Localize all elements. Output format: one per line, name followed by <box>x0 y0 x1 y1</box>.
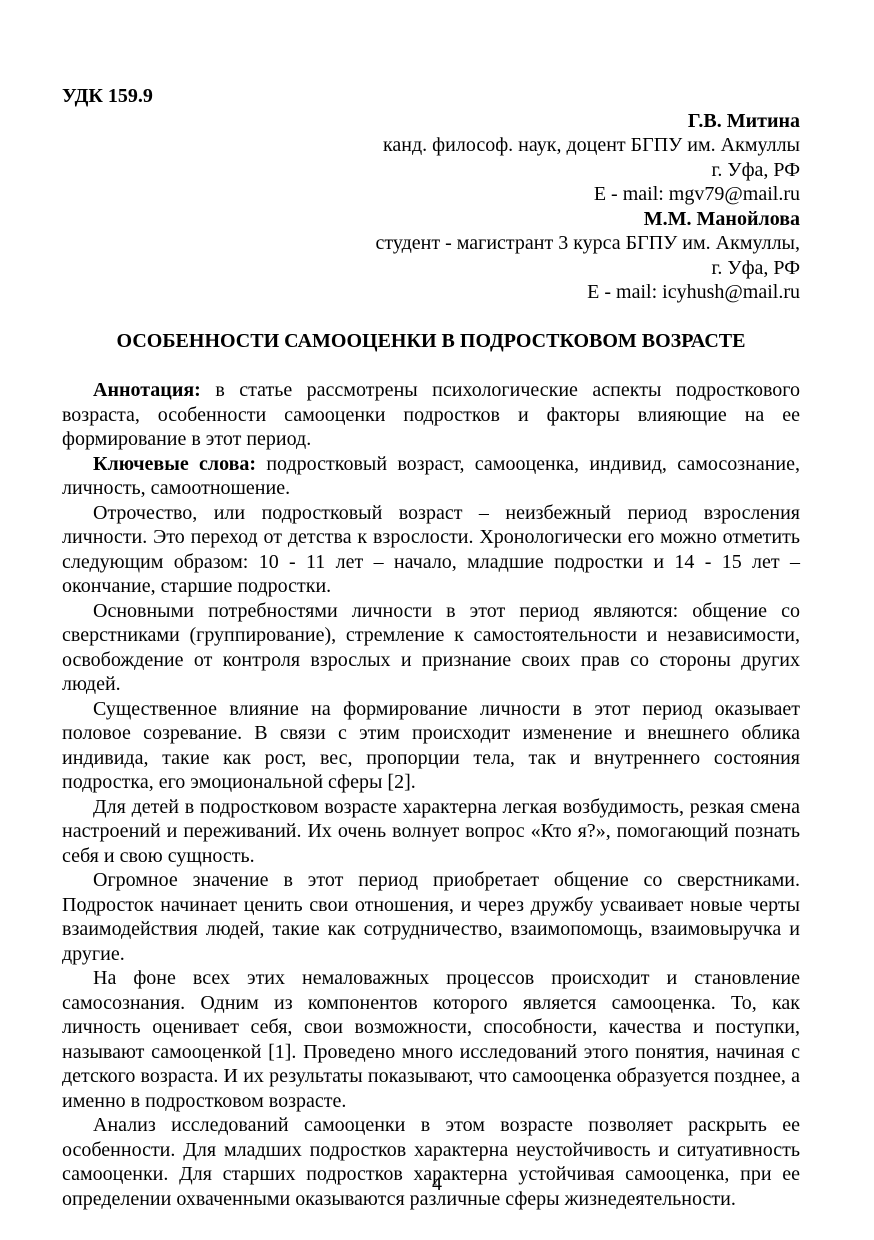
author-affiliation-line: студент - магистрант 3 курса БГПУ им. Ак… <box>62 231 800 256</box>
paragraph: Для детей в подростковом возрасте характ… <box>62 795 800 869</box>
author-name: Г.В. Митина <box>62 109 800 134</box>
keywords-label: Ключевые слова: <box>93 453 256 475</box>
page-number: 4 <box>0 1172 874 1197</box>
paragraph: Отрочество, или подростковый возраст – н… <box>62 501 800 599</box>
paragraph: На фоне всех этих немаловажных процессов… <box>62 966 800 1113</box>
keywords-paragraph: Ключевые слова: подростковый возраст, са… <box>62 452 800 501</box>
abstract-label: Аннотация: <box>93 379 201 401</box>
udc-code: УДК 159.9 <box>62 84 800 109</box>
paragraph: Огромное значение в этот период приобрет… <box>62 868 800 966</box>
body-paragraphs: Отрочество, или подростковый возраст – н… <box>62 501 800 1212</box>
author-affiliation-line: E - mail: icyhush@mail.ru <box>62 280 800 305</box>
author-block: Г.В. Митинаканд. философ. наук, доцент Б… <box>62 109 800 305</box>
author-affiliation-line: г. Уфа, РФ <box>62 158 800 183</box>
paragraph: Существенное влияние на формирование лич… <box>62 697 800 795</box>
author-affiliation-line: E - mail: mgv79@mail.ru <box>62 182 800 207</box>
abstract-paragraph: Аннотация: в статье рассмотрены психолог… <box>62 378 800 452</box>
paragraph: Основными потребностями личности в этот … <box>62 599 800 697</box>
author-name: М.М. Манойлова <box>62 207 800 232</box>
author-affiliation-line: г. Уфа, РФ <box>62 256 800 281</box>
author-affiliation-line: канд. философ. наук, доцент БГПУ им. Акм… <box>62 133 800 158</box>
article-title: ОСОБЕННОСТИ САМООЦЕНКИ В ПОДРОСТКОВОМ ВО… <box>62 329 800 354</box>
document-page: УДК 159.9 Г.В. Митинаканд. философ. наук… <box>0 0 874 1240</box>
